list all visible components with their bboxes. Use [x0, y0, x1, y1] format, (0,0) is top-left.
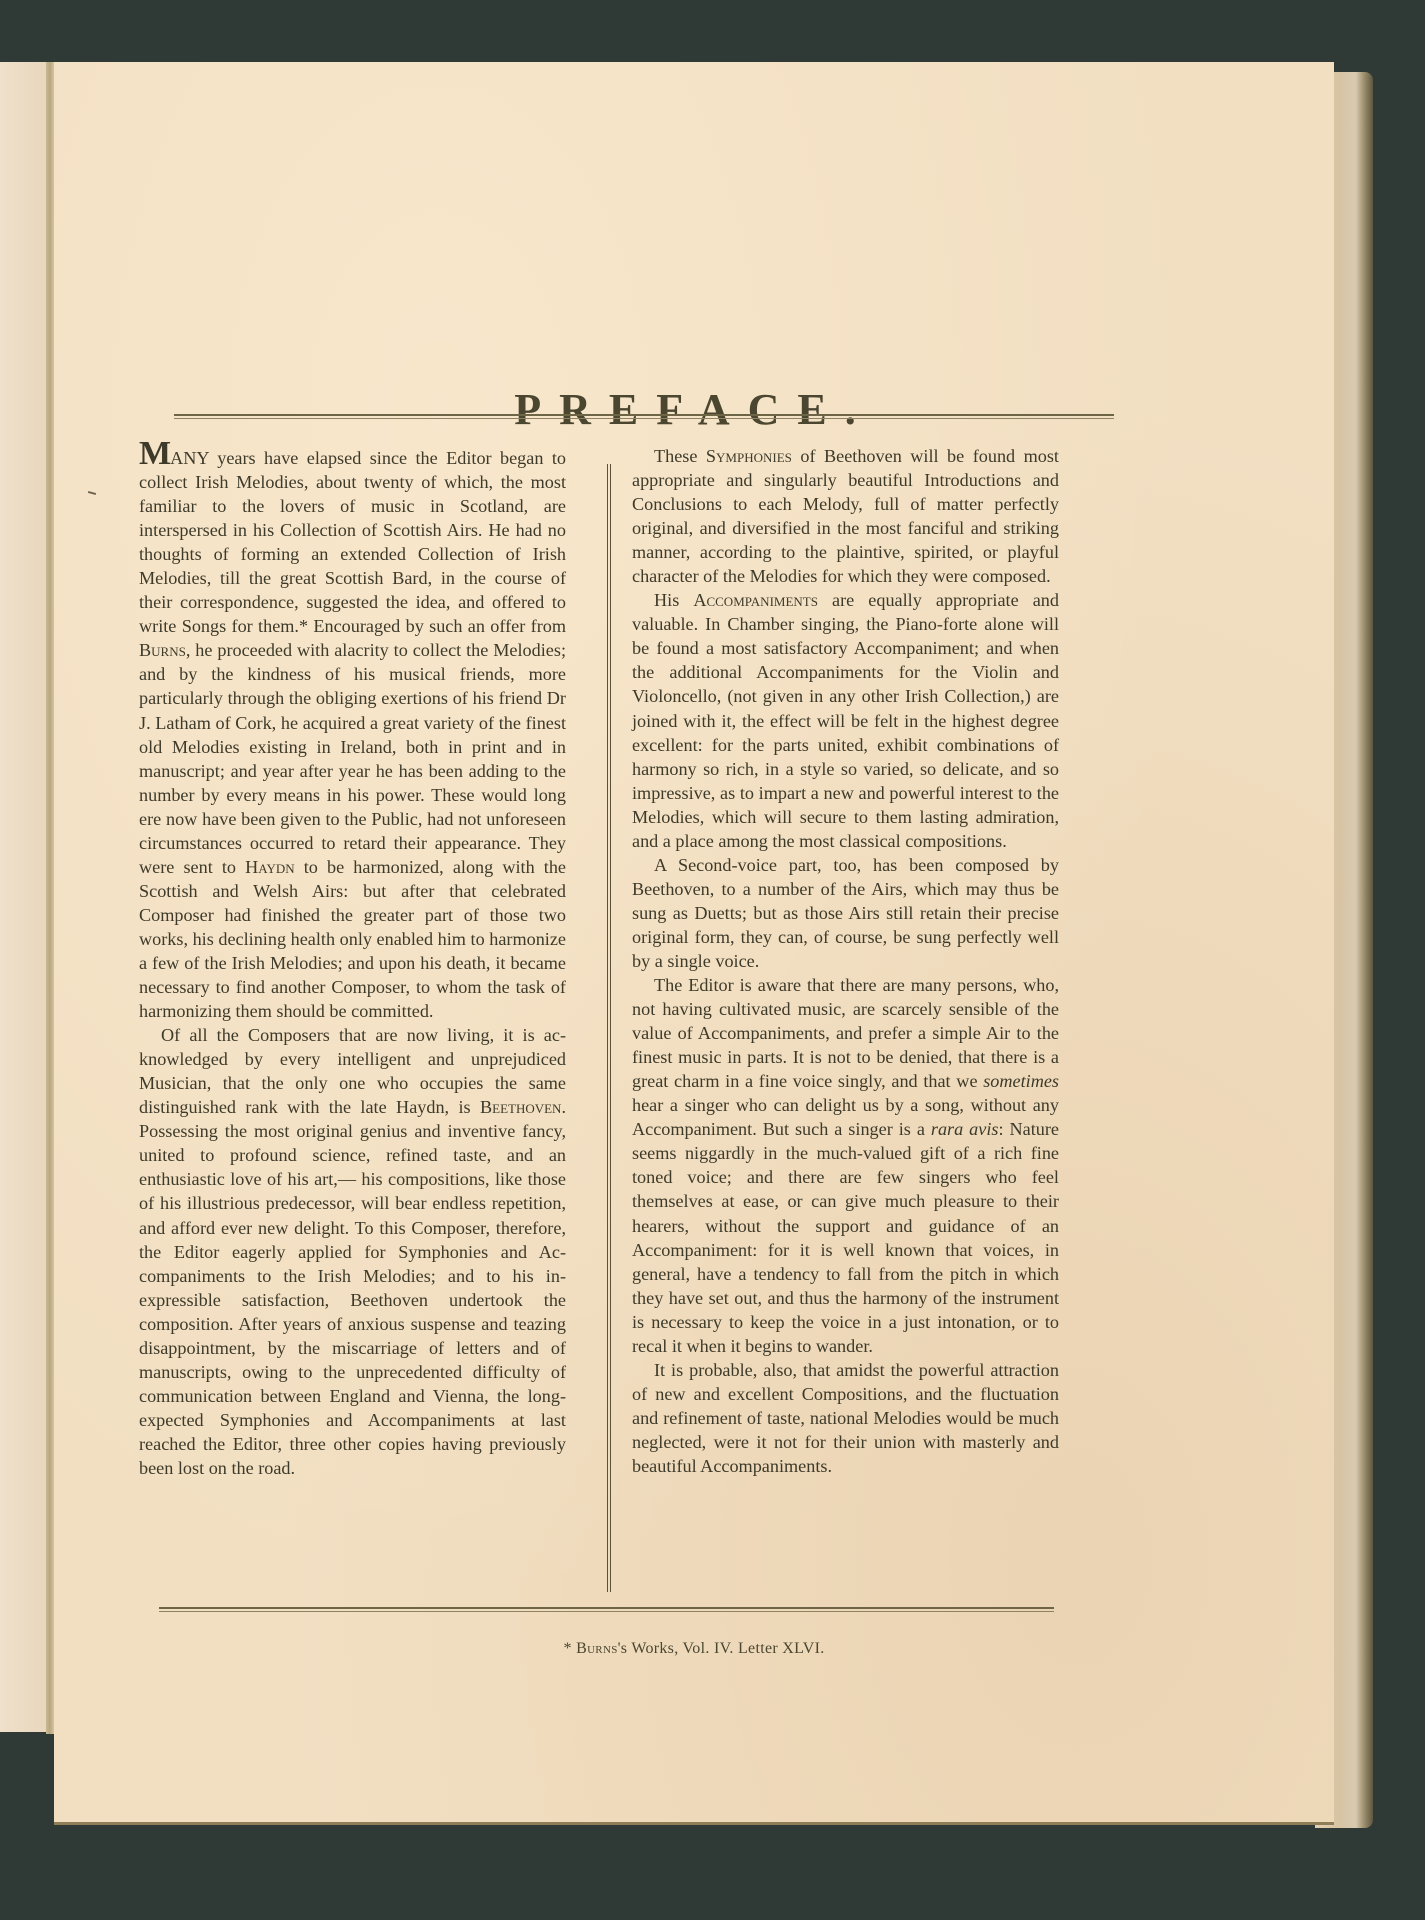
right-column: These Symphonies of Beethoven will be fo…: [632, 444, 1059, 1478]
text-run: His: [654, 590, 693, 610]
text-run: years have elapsed since the Editor bega…: [139, 448, 566, 636]
name-burns: Burns: [139, 640, 186, 660]
name-beethoven: Beethoven: [480, 1097, 561, 1117]
facing-page-edge: [0, 62, 46, 1732]
column-divider: [607, 464, 611, 1592]
text-run: . Possessing the most original genius an…: [139, 1097, 566, 1478]
text-run: , he proceeded with alacrity to collect …: [139, 640, 566, 876]
paragraph-5: A Second-voice part, too, has been compo…: [632, 853, 1059, 973]
footnote: * Burns's Works, Vol. IV. Letter XLVI.: [54, 1640, 1334, 1658]
paragraph-7: It is probable, also, that amidst the po…: [632, 1358, 1059, 1478]
text-run: These: [654, 446, 706, 466]
text-run: are equally appropriate and valuable. In…: [632, 590, 1059, 850]
footnote-author: Burns: [576, 1640, 618, 1657]
footnote-text: 's Works, Vol. IV. Letter XLVI.: [618, 1640, 825, 1657]
text-run: of Beethoven will be found most appropri…: [632, 446, 1059, 586]
book-gutter: [46, 62, 54, 1734]
text-run: : Nature seems nig­gardly in the much-va…: [632, 1119, 1059, 1355]
drop-cap: M: [139, 435, 170, 472]
term-accompaniments: Accompaniments: [693, 590, 818, 610]
title-rule: [174, 414, 1114, 419]
paragraph-6: The Editor is aware that there are many …: [632, 973, 1059, 1358]
preface-page: PREFACE. MANY years have elapsed since t…: [54, 62, 1334, 1825]
lead-smallcaps: ANY: [170, 448, 209, 468]
paragraph-3: These Symphonies of Beethoven will be fo…: [632, 444, 1059, 588]
paragraph-1: MANY years have elapsed since the Editor…: [139, 444, 566, 1023]
italic-sometimes: sometimes: [983, 1071, 1059, 1091]
page-title: PREFACE.: [54, 384, 1334, 435]
text-run: to be harmonized, along with the Scottis…: [139, 857, 566, 1021]
paragraph-2: Of all the Composers that are now living…: [139, 1023, 566, 1480]
italic-rara-avis: rara avis: [931, 1119, 999, 1139]
term-symphonies: Symphonies: [706, 446, 792, 466]
left-column: MANY years have elapsed since the Editor…: [139, 444, 566, 1480]
name-haydn: Haydn: [245, 857, 295, 877]
footnote-marker: *: [563, 1640, 576, 1657]
paragraph-4: His Accompaniments are equally appropria…: [632, 588, 1059, 853]
margin-mark: [88, 491, 96, 495]
footnote-rule: [159, 1607, 1054, 1612]
